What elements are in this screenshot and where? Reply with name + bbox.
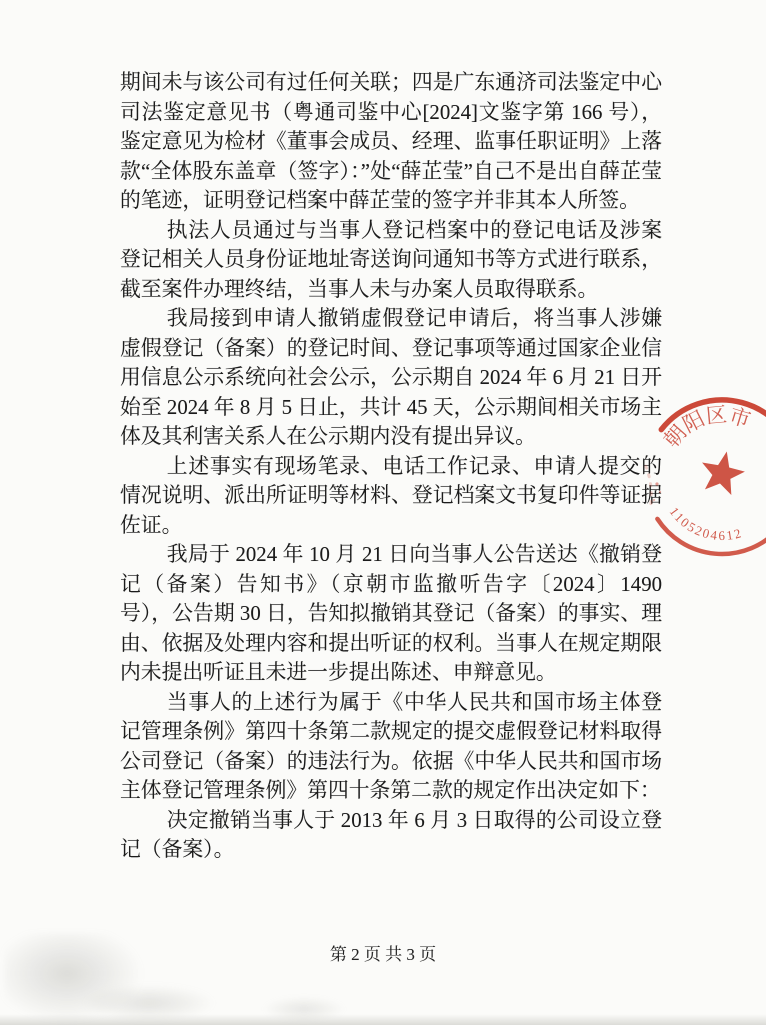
document-body: 期间未与该公司有过任何关联；四是广东通济司法鉴定中心司法鉴定意见书（粤通司鉴中心… <box>120 68 662 865</box>
body-paragraph: 期间未与该公司有过任何关联；四是广东通济司法鉴定中心司法鉴定意见书（粤通司鉴中心… <box>120 68 662 216</box>
body-paragraph: 上述事实有现场笔录、电话工作记录、申请人提交的情况说明、派出所证明等材料、登记档… <box>120 452 662 541</box>
seal-arc-text: 朝阳区市 <box>659 402 753 452</box>
scan-smudge <box>262 996 346 1022</box>
seal-ring-top-arc <box>661 400 766 466</box>
scan-smudge <box>84 985 214 1021</box>
body-paragraph: 我局于 2024 年 10 月 21 日向当事人公告送达《撤销登记（备案）告知书… <box>120 540 662 688</box>
seal-serial-number: 1105204612 <box>667 504 745 543</box>
body-paragraph: 执法人员通过与当事人登记档案中的登记电话及涉案登记相关人员身份证地址寄送询问通知… <box>120 216 662 305</box>
seal-ring-bottom-arc <box>657 519 766 554</box>
body-paragraph: 当事人的上述行为属于《中华人民共和国市场主体登记管理条例》第四十条第二款规定的提… <box>120 688 662 806</box>
star-icon <box>697 447 748 497</box>
page-number-footer: 第 2 页 共 3 页 <box>0 940 766 965</box>
scan-edge-shadow <box>0 1014 766 1025</box>
document-page: 期间未与该公司有过任何关联；四是广东通济司法鉴定中心司法鉴定意见书（粤通司鉴中心… <box>0 0 766 1025</box>
body-paragraph: 我局接到申请人撤销虚假登记申请后，将当事人涉嫌虚假登记（备案）的登记时间、登记事… <box>120 304 662 452</box>
body-paragraph: 决定撤销当事人于 2013 年 6 月 3 日取得的公司设立登记（备案）。 <box>120 806 662 865</box>
